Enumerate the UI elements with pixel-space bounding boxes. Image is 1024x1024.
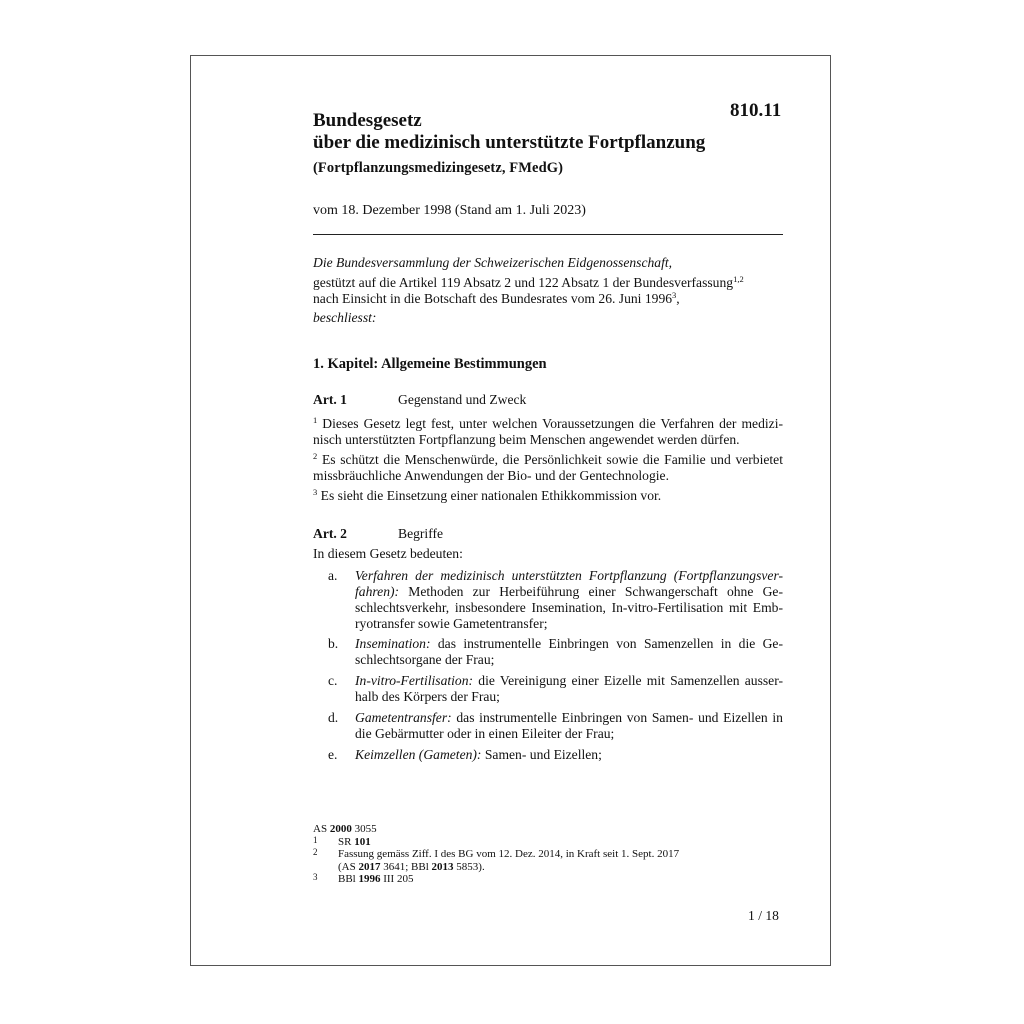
law-title: Bundesgesetz über die medizinisch unters… — [313, 110, 705, 178]
item-letter: a. — [328, 568, 337, 584]
defined-term: Gametentransfer: — [355, 710, 452, 725]
preamble-assembly: Die Bundesversammlung der Schweizerische… — [313, 255, 783, 271]
title-divider — [313, 234, 783, 235]
title-line-2: über die medizinisch unterstützte Fortpf… — [313, 132, 705, 154]
article-title: Begriffe — [398, 526, 443, 541]
item-letter: e. — [328, 747, 337, 763]
defined-term: In-vitro-Fertilisation: — [355, 673, 473, 688]
footnote-number: 2 — [313, 846, 318, 859]
article-2-intro: In diesem Gesetz bedeuten: — [313, 546, 783, 562]
footnote: 1 SR 101 — [313, 836, 679, 849]
article-1-heading: Art. 1Gegenstand und Zweck — [313, 392, 526, 408]
article-1-paragraph-2: 2 Es schützt die Menschenwürde, die Pers… — [313, 452, 783, 484]
official-compilation-ref: AS 2000 3055 — [313, 823, 679, 836]
sr-number: 810.11 — [730, 100, 781, 122]
footnotes: AS 2000 3055 1 SR 101 2 Fassung gemäss Z… — [313, 823, 679, 886]
page-number: 1 / 18 — [748, 908, 779, 924]
definition-text: Samen- und Eizellen; — [485, 747, 602, 762]
article-1-paragraph-1: 1 Dieses Gesetz legt fest, unter welchen… — [313, 416, 783, 448]
item-letter: b. — [328, 636, 338, 652]
item-letter: c. — [328, 673, 337, 689]
title-line-1: Bundesgesetz — [313, 110, 705, 132]
article-2-heading: Art. 2Begriffe — [313, 526, 443, 542]
definition-item: a. Verfahren der medizinisch unterstützt… — [328, 568, 783, 632]
definition-text: Methoden zur Herbeiführung einer Schwang… — [355, 584, 783, 631]
footnote: 3 BBl 1996 III 205 — [313, 873, 679, 886]
law-short-title: (Fortpflanzungsmedizingesetz, FMedG) — [313, 158, 705, 178]
definition-item: d. Gametentransfer: das instrumentelle E… — [328, 710, 783, 742]
preamble-decides: beschliesst: — [313, 310, 783, 326]
defined-term: Insemination: — [355, 636, 431, 651]
definition-item: c. In-vitro-Fertilisation: die Vereinigu… — [328, 673, 783, 705]
preamble-basis: gestützt auf die Artikel 119 Absatz 2 un… — [313, 275, 783, 291]
item-letter: d. — [328, 710, 338, 726]
definition-item: e. Keimzellen (Gameten): Samen- und Eize… — [328, 747, 783, 763]
footnote-number: 3 — [313, 871, 318, 884]
footnote-ref[interactable]: 1,2 — [733, 274, 744, 284]
chapter-heading: 1. Kapitel: Allgemeine Bestimmungen — [313, 356, 547, 373]
preamble: Die Bundesversammlung der Schweizerische… — [313, 255, 783, 326]
article-number: Art. 2 — [313, 526, 398, 542]
defined-term: Keimzellen (Gameten): — [355, 747, 481, 762]
article-title: Gegenstand und Zweck — [398, 392, 526, 407]
footnote-number: 1 — [313, 834, 318, 847]
article-number: Art. 1 — [313, 392, 398, 408]
definition-item: b. Insemination: das instrumentelle Einb… — [328, 636, 783, 668]
preamble-message: nach Einsicht in die Botschaft des Bunde… — [313, 291, 783, 307]
article-1-paragraph-3: 3 Es sieht die Einsetzung einer national… — [313, 488, 783, 504]
date-line: vom 18. Dezember 1998 (Stand am 1. Juli … — [313, 203, 586, 219]
footnote: 2 Fassung gemäss Ziff. I des BG vom 12. … — [313, 848, 679, 873]
